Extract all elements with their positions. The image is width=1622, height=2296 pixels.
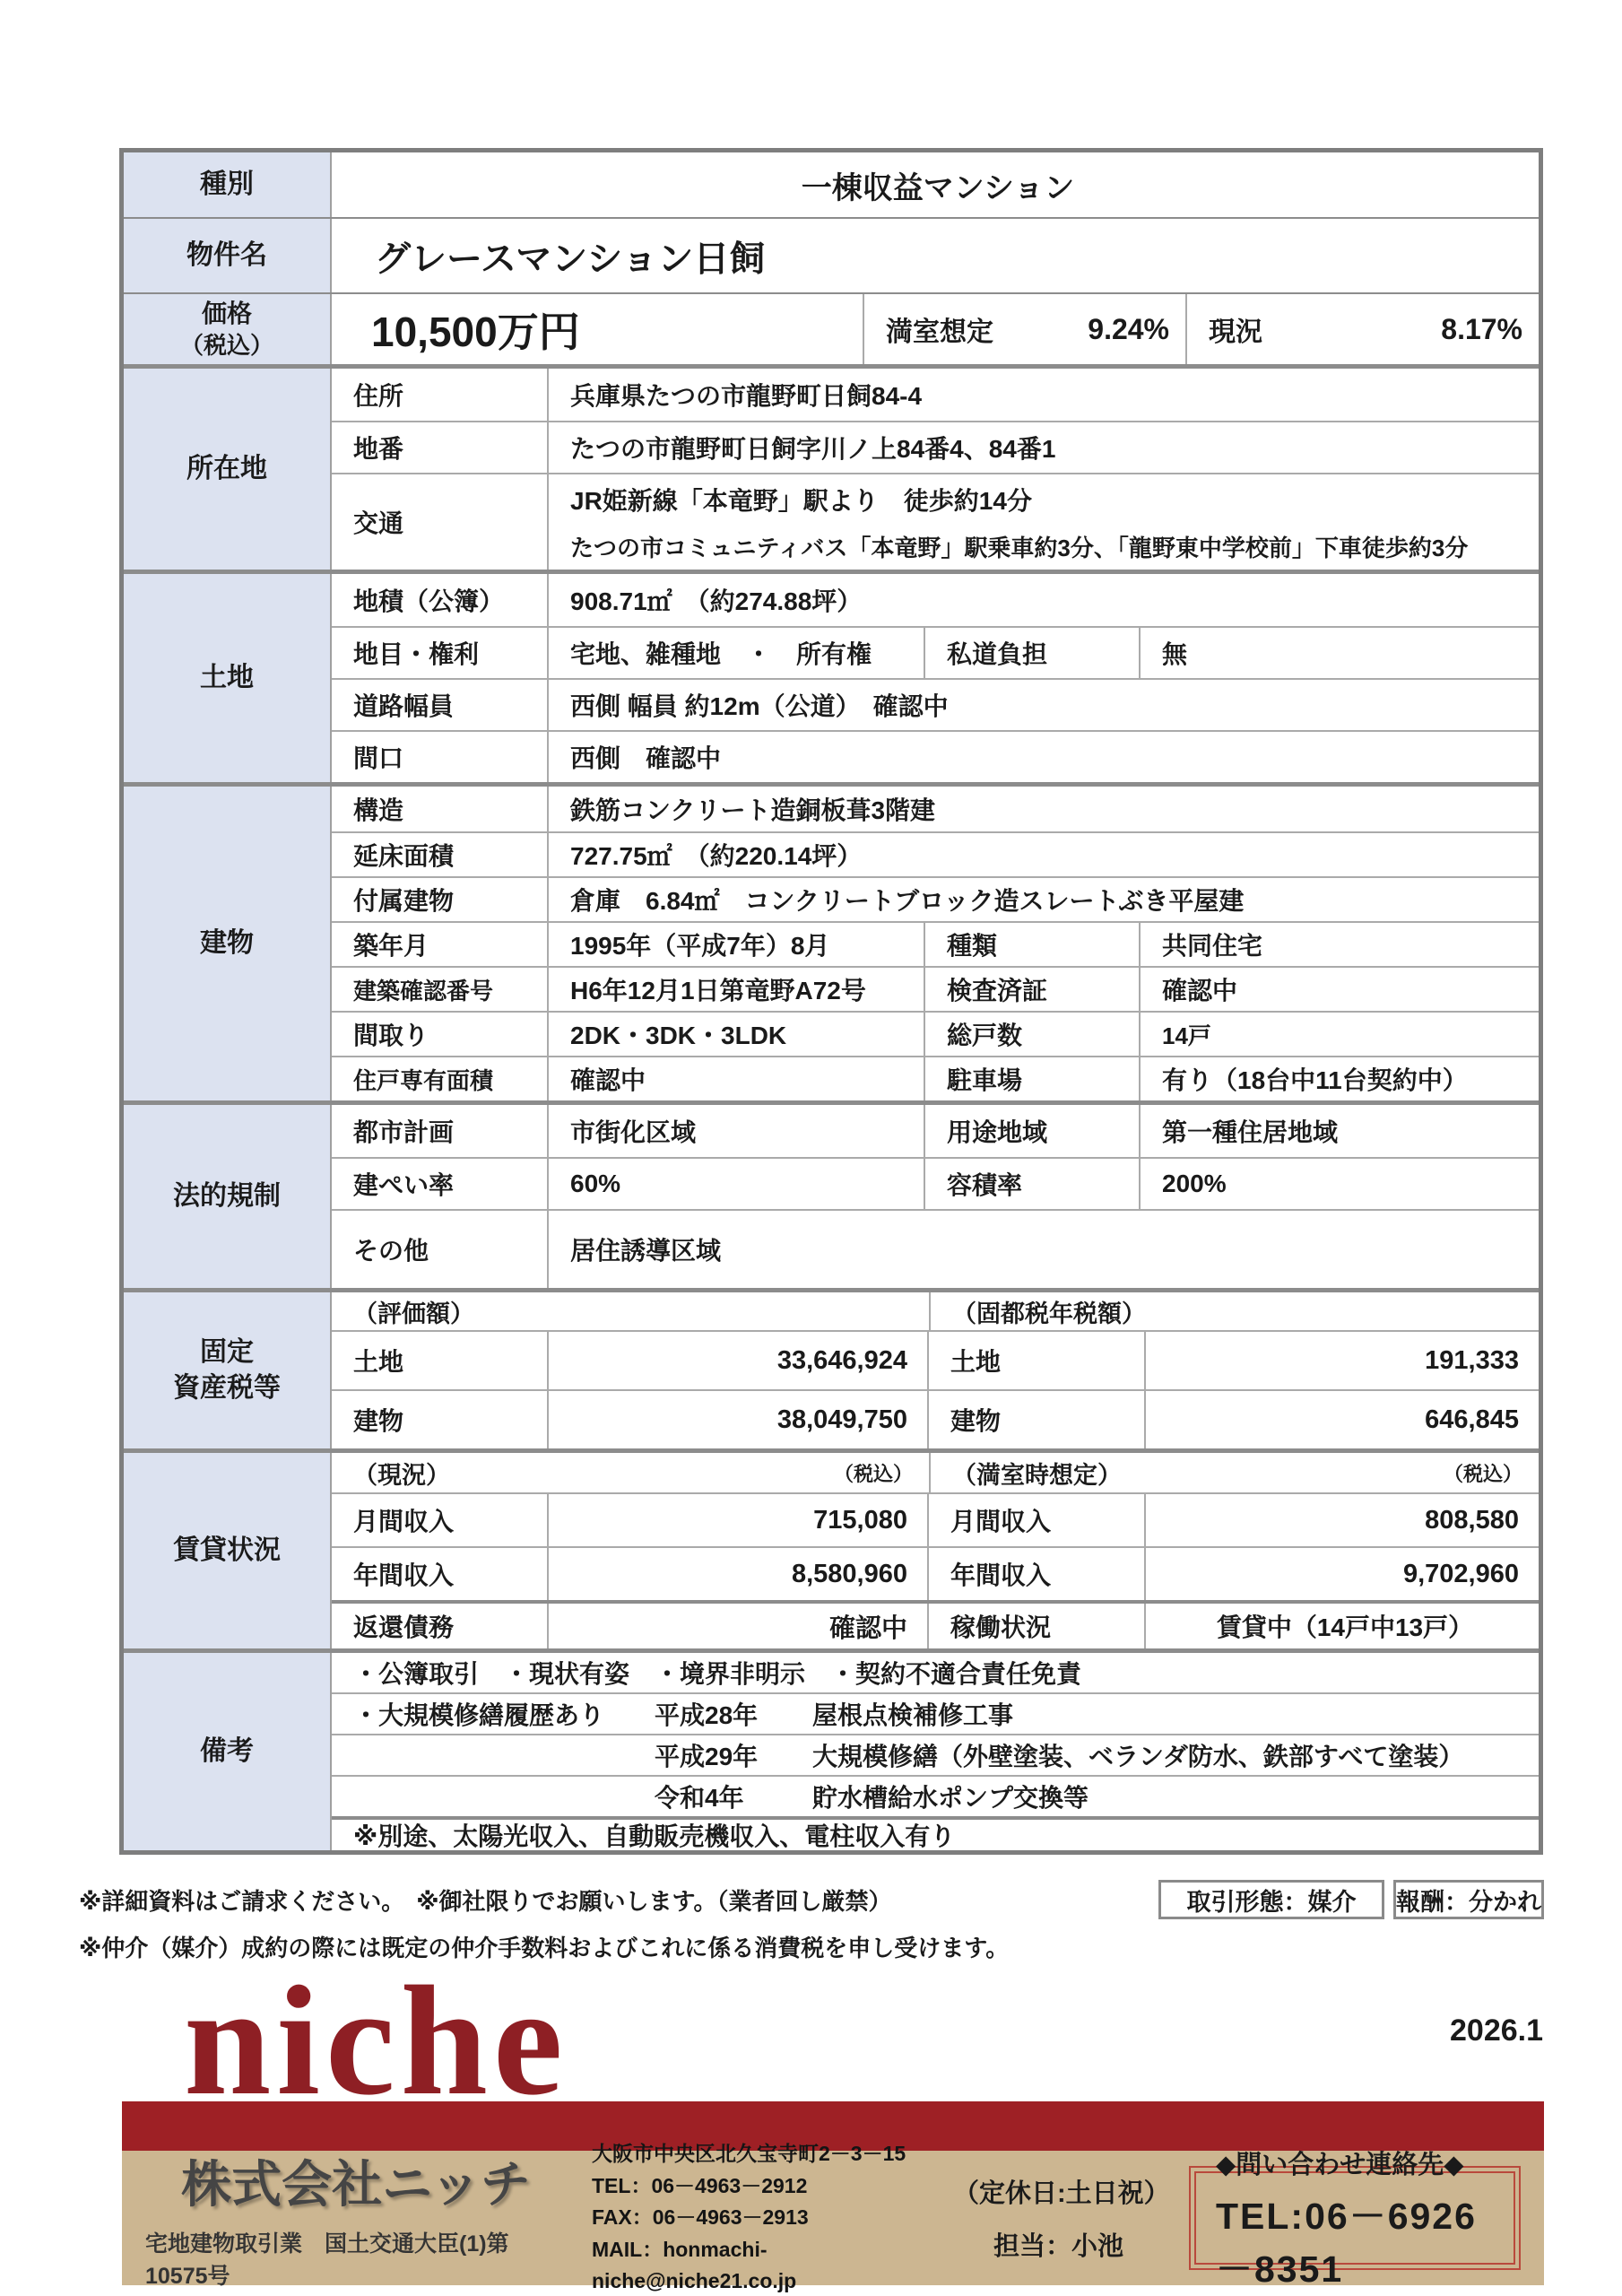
- access-line2: たつの市コミュニティバス「本竜野」駅乗車約3分、「龍野東中学校前」下車徒歩約3分: [570, 530, 1468, 563]
- property-flyer-page: 種別 一棟収益マンション 物件名 グレースマンション日飼 価格 （税込）: [0, 0, 1622, 2296]
- monthly-income-current: 715,080: [547, 1494, 927, 1546]
- company-holiday: （定休日:土日祝）: [953, 2173, 1164, 2210]
- table-row: （現況） （税込） （満室時想定） （税込）: [332, 1453, 1539, 1492]
- rent-section-label: 賃貸状況: [124, 1453, 332, 1648]
- floor-area-ratio-value: 200%: [1139, 1159, 1539, 1209]
- type-label: 種別: [124, 152, 332, 217]
- occupancy-estimate-value: 9.24%: [1088, 313, 1169, 346]
- permit-value: H6年12月1日第竜野A72号: [547, 968, 924, 1011]
- rent-current-tax-note: （税込）: [834, 1459, 913, 1487]
- access-line1: JR姫新線「本竜野」駅より 徒歩約14分: [570, 482, 1032, 517]
- table-row: 土地 33,646,924 土地 191,333: [332, 1330, 1539, 1389]
- deal-boxes: 取引形態：媒介 報酬：分かれ: [1158, 1880, 1544, 1919]
- address-label: 住所: [332, 369, 547, 421]
- section-land: 土地 地積（公簿） 908.71㎡ （約274.88坪） 地目・権利 宅地、雑種…: [124, 570, 1539, 782]
- company-license: 宅地建物取引業 国土交通大臣(1)第10575号: [145, 2226, 567, 2291]
- remarks-repair-prefix: ・大規模修繕履歴あり: [353, 1696, 655, 1732]
- remarks-line2: ・大規模修繕履歴あり 平成28年 屋根点検補修工事: [332, 1694, 1539, 1734]
- eval-building-value: 38,049,750: [547, 1391, 927, 1448]
- built-year-value: 1995年（平成7年）8月: [547, 923, 924, 966]
- inquiry-tel: TEL:06－6926－8351: [1216, 2187, 1494, 2292]
- table-row: 都市計画 市街化区域 用途地域 第一種住居地域: [332, 1105, 1539, 1157]
- inquiry-title: ◆問い合わせ連絡先◆: [1216, 2144, 1494, 2181]
- table-row: 間取り 2DK・3DK・3LDK 総戸数 14戸: [332, 1011, 1539, 1056]
- deposit-label: 返還債務: [332, 1604, 547, 1648]
- table-row: （評価額） （固都税年税額）: [332, 1292, 1539, 1330]
- table-row: 返還債務 確認中 稼働状況 賃貸中（14戸中13戸）: [332, 1600, 1539, 1648]
- footnote-row: ※詳細資料はご請求ください。 ※御社限りでお願いします。（業者回し厳禁） 取引形…: [79, 1880, 1544, 1919]
- legal-other-value: 居住誘導区域: [547, 1211, 1539, 1288]
- section-legal: 法的規制 都市計画 市街化区域 用途地域 第一種住居地域 建ぺい率 60% 容積…: [124, 1100, 1539, 1288]
- current-yield-value: 8.17%: [1441, 313, 1522, 346]
- remarks-r3-text: 貯水槽給水ポンプ交換等: [812, 1779, 1089, 1814]
- road-width-label: 道路幅員: [332, 680, 547, 730]
- section-building: 建物 構造 鉄筋コンクリート造銅板葺3階建 延床面積 727.75㎡ （約220…: [124, 782, 1539, 1100]
- layout-value: 2DK・3DK・3LDK: [547, 1013, 924, 1056]
- monthly-income-full-label: 月間収入: [927, 1494, 1144, 1546]
- table-row: 平成29年 大規模修繕（外壁塗装、ベランダ防水、鉄部すべて塗装）: [332, 1734, 1539, 1775]
- address-value: 兵庫県たつの市龍野町日飼84-4: [547, 369, 1539, 421]
- land-category-label: 地目・権利: [332, 628, 547, 678]
- eval-building-label: 建物: [332, 1391, 547, 1448]
- table-row: 構造 鉄筋コンクリート造銅板葺3階建: [332, 787, 1539, 831]
- name-label: 物件名: [124, 219, 332, 292]
- footnote-line1: ※詳細資料はご請求ください。 ※御社限りでお願いします。（業者回し厳禁）: [79, 1883, 891, 1917]
- tax-section-line1: 固定: [200, 1335, 254, 1371]
- total-units-value: 14戸: [1139, 1013, 1539, 1056]
- legal-section-label: 法的規制: [124, 1105, 332, 1288]
- section-name: 物件名 グレースマンション日飼: [124, 217, 1539, 292]
- city-plan-value: 市街化区域: [547, 1105, 924, 1157]
- rent-full-header: （満室時想定）: [952, 1456, 1122, 1491]
- section-price: 価格 （税込） 10,500万円 満室想定 9.24% 現況 8.17%: [124, 292, 1539, 364]
- table-row: グレースマンション日飼: [332, 219, 1539, 292]
- contact-person: 担当：小池: [993, 2226, 1123, 2263]
- type-value: 一棟収益マンション: [332, 152, 1539, 217]
- private-road-label: 私道負担: [924, 628, 1139, 678]
- table-row: 建ぺい率 60% 容積率 200%: [332, 1157, 1539, 1209]
- remarks-r3-year: 令和4年: [655, 1779, 812, 1814]
- table-row: ・公簿取引 ・現状有姿 ・境界非明示 ・契約不適合責任免責: [332, 1653, 1539, 1692]
- annual-building-label: 建物: [927, 1391, 1144, 1448]
- table-row: 交通 JR姫新線「本竜野」駅より 徒歩約14分 たつの市コミュニティバス「本竜野…: [332, 473, 1539, 570]
- annual-land-label: 土地: [927, 1332, 1144, 1389]
- structure-label: 構造: [332, 787, 547, 831]
- price-label-line2: （税込）: [180, 330, 273, 361]
- eval-land-value: 33,646,924: [547, 1332, 927, 1389]
- table-row: 住戸専有面積 確認中 駐車場 有り（18台中11台契約中）: [332, 1056, 1539, 1100]
- total-units-label: 総戸数: [924, 1013, 1139, 1056]
- unit-area-value: 確認中: [547, 1057, 924, 1100]
- floor-area-ratio-label: 容積率: [924, 1159, 1139, 1209]
- permit-label: 建築確認番号: [332, 968, 547, 1011]
- parking-label: 駐車場: [924, 1057, 1139, 1100]
- coverage-ratio-value: 60%: [547, 1159, 924, 1209]
- table-row: その他 居住誘導区域: [332, 1209, 1539, 1288]
- section-location: 所在地 住所 兵庫県たつの市龍野町日飼84-4 地番 たつの市龍野町日飼字川ノ上…: [124, 364, 1539, 570]
- section-remarks: 備考 ・公簿取引 ・現状有姿 ・境界非明示 ・契約不適合責任免責 ・大規模修繕履…: [124, 1648, 1539, 1850]
- rent-full-tax-note: （税込）: [1444, 1459, 1522, 1487]
- company-fax: FAX：06－4963－2913: [592, 2202, 928, 2234]
- remarks-line1: ・公簿取引 ・現状有姿 ・境界非明示 ・契約不適合責任免責: [332, 1653, 1539, 1692]
- floor-area-value: 727.75㎡ （約220.14坪）: [547, 833, 1539, 876]
- price-label-line1: 価格: [202, 297, 252, 331]
- location-section-label: 所在地: [124, 369, 332, 570]
- floor-area-label: 延床面積: [332, 833, 547, 876]
- annual-tax-header: （固都税年税額）: [929, 1292, 1539, 1330]
- issue-date: 2026.1: [1450, 2013, 1543, 2048]
- monthly-income-full: 808,580: [1144, 1494, 1539, 1546]
- tax-section-line2: 資産税等: [173, 1370, 281, 1407]
- company-block: 株式会社ニッチ 宅地建物取引業 国土交通大臣(1)第10575号: [145, 2145, 567, 2291]
- occupancy-estimate-label: 満室想定: [886, 309, 993, 349]
- remarks-section-label: 備考: [124, 1653, 332, 1850]
- annex-label: 付属建物: [332, 878, 547, 921]
- company-mail: MAIL：honmachi-niche@niche21.co.jp: [592, 2234, 928, 2296]
- zoning-label: 用途地域: [924, 1105, 1139, 1157]
- table-row: 延床面積 727.75㎡ （約220.14坪）: [332, 831, 1539, 876]
- structure-value: 鉄筋コンクリート造銅板葺3階建: [547, 787, 1539, 831]
- table-row: 地積（公簿） 908.71㎡ （約274.88坪）: [332, 574, 1539, 626]
- table-row: 築年月 1995年（平成7年）8月 種類 共同住宅: [332, 921, 1539, 966]
- current-yield-cell: 現況 8.17%: [1185, 294, 1539, 364]
- commission-box: 報酬：分かれ: [1393, 1880, 1544, 1919]
- frontage-label: 間口: [332, 732, 547, 782]
- private-road-value: 無: [1139, 628, 1539, 678]
- company-contact-block: 大阪市中央区北久宝寺町2－3－15 TEL：06－4963－2912 FAX：0…: [592, 2138, 928, 2296]
- table-row: 令和4年 貯水槽給水ポンプ交換等: [332, 1775, 1539, 1816]
- land-area-value: 908.71㎡ （約274.88坪）: [547, 574, 1539, 626]
- coverage-ratio-label: 建ぺい率: [332, 1159, 547, 1209]
- annual-land-value: 191,333: [1144, 1332, 1539, 1389]
- remarks-line3: 平成29年 大規模修繕（外壁塗装、ベランダ防水、鉄部すべて塗装）: [332, 1735, 1539, 1775]
- table-row: 一棟収益マンション: [332, 152, 1539, 217]
- frontage-value: 西側 確認中: [547, 732, 1539, 782]
- building-kind-label: 種類: [924, 923, 1139, 966]
- occupancy-status-value: 賃貸中（14戸中13戸）: [1144, 1604, 1539, 1648]
- table-row: 10,500万円 満室想定 9.24% 現況 8.17%: [332, 294, 1539, 364]
- remarks-r2-year: 平成29年: [655, 1737, 812, 1773]
- monthly-income-label: 月間収入: [332, 1494, 547, 1546]
- table-row: 建物 38,049,750 建物 646,845: [332, 1389, 1539, 1448]
- rent-full-header-cell: （満室時想定） （税込）: [929, 1453, 1539, 1492]
- company-name: 株式会社ニッチ: [181, 2145, 531, 2217]
- table-row: 付属建物 倉庫 6.84㎡ コンクリートブロック造スレートぶき平屋建: [332, 876, 1539, 921]
- table-row: 月間収入 715,080 月間収入 808,580: [332, 1492, 1539, 1546]
- table-row: ※別途、太陽光収入、自動販売機収入、電柱収入有り: [332, 1816, 1539, 1850]
- occupancy-estimate-cell: 満室想定 9.24%: [863, 294, 1185, 364]
- company-address: 大阪市中央区北久宝寺町2－3－15: [592, 2138, 928, 2170]
- evaluation-header: （評価額）: [332, 1292, 929, 1330]
- property-name: グレースマンション日飼: [332, 219, 1539, 292]
- deposit-value: 確認中: [547, 1604, 927, 1648]
- current-yield-label: 現況: [1209, 309, 1262, 349]
- lot-number-label: 地番: [332, 422, 547, 473]
- annual-income-full: 9,702,960: [1144, 1548, 1539, 1600]
- table-row: 住所 兵庫県たつの市龍野町日飼84-4: [332, 369, 1539, 421]
- rent-current-header: （現況）: [353, 1456, 450, 1491]
- price-value: 10,500万円: [332, 294, 863, 364]
- inspection-label: 検査済証: [924, 968, 1139, 1011]
- property-table: 種別 一棟収益マンション 物件名 グレースマンション日飼 価格 （税込）: [119, 148, 1543, 1855]
- remarks-r1-year: 平成28年: [655, 1696, 812, 1732]
- rent-current-header-cell: （現況） （税込）: [332, 1453, 929, 1492]
- company-tel: TEL：06－4963－2912: [592, 2170, 928, 2203]
- table-row: 道路幅員 西側 幅員 約12m（公道） 確認中: [332, 678, 1539, 730]
- occupancy-status-label: 稼働状況: [927, 1604, 1144, 1648]
- section-tax: 固定 資産税等 （評価額） （固都税年税額） 土地 33,646,924 土地 …: [124, 1288, 1539, 1448]
- layout-label: 間取り: [332, 1013, 547, 1056]
- unit-area-label: 住戸専有面積: [332, 1057, 547, 1100]
- table-row: 地番 たつの市龍野町日飼字川ノ上84番4、84番1: [332, 421, 1539, 473]
- lot-number-value: たつの市龍野町日飼字川ノ上84番4、84番1: [547, 422, 1539, 473]
- niche-logo: niche: [184, 1962, 568, 2119]
- built-year-label: 築年月: [332, 923, 547, 966]
- holiday-block: （定休日:土日祝） 担当：小池: [953, 2173, 1164, 2263]
- remarks-r1-text: 屋根点検補修工事: [812, 1696, 1013, 1732]
- table-row: 年間収入 8,580,960 年間収入 9,702,960: [332, 1546, 1539, 1600]
- deal-type-box: 取引形態：媒介: [1158, 1880, 1384, 1919]
- land-area-label: 地積（公簿）: [332, 574, 547, 626]
- remarks-line5: ※別途、太陽光収入、自動販売機収入、電柱収入有り: [332, 1820, 1539, 1850]
- city-plan-label: 都市計画: [332, 1105, 547, 1157]
- inquiry-box: ◆問い合わせ連絡先◆ TEL:06－6926－8351: [1189, 2166, 1521, 2270]
- annual-income-current: 8,580,960: [547, 1548, 927, 1600]
- access-label: 交通: [332, 474, 547, 570]
- building-kind-value: 共同住宅: [1139, 923, 1539, 966]
- inquiry-box-inner: ◆問い合わせ連絡先◆ TEL:06－6926－8351: [1194, 2171, 1515, 2265]
- table-row: 地目・権利 宅地、雑種地 ・ 所有権 私道負担 無: [332, 626, 1539, 678]
- land-category-value: 宅地、雑種地 ・ 所有権: [547, 628, 924, 678]
- building-section-label: 建物: [124, 787, 332, 1100]
- remarks-line4: 令和4年 貯水槽給水ポンプ交換等: [332, 1777, 1539, 1816]
- parking-value: 有り（18台中11台契約中）: [1139, 1057, 1539, 1100]
- price-label: 価格 （税込）: [124, 294, 332, 364]
- table-row: ・大規模修繕履歴あり 平成28年 屋根点検補修工事: [332, 1692, 1539, 1734]
- inspection-value: 確認中: [1139, 968, 1539, 1011]
- remarks-r2-text: 大規模修繕（外壁塗装、ベランダ防水、鉄部すべて塗装）: [812, 1737, 1463, 1773]
- table-row: 間口 西側 確認中: [332, 730, 1539, 782]
- zoning-value: 第一種住居地域: [1139, 1105, 1539, 1157]
- annual-income-full-label: 年間収入: [927, 1548, 1144, 1600]
- section-type: 種別 一棟収益マンション: [124, 152, 1539, 217]
- annex-value: 倉庫 6.84㎡ コンクリートブロック造スレートぶき平屋建: [547, 878, 1539, 921]
- annual-building-value: 646,845: [1144, 1391, 1539, 1448]
- legal-other-label: その他: [332, 1211, 547, 1288]
- eval-land-label: 土地: [332, 1332, 547, 1389]
- road-width-value: 西側 幅員 約12m（公道） 確認中: [547, 680, 1539, 730]
- tax-section-label: 固定 資産税等: [124, 1292, 332, 1448]
- land-section-label: 土地: [124, 574, 332, 782]
- table-row: 建築確認番号 H6年12月1日第竜野A72号 検査済証 確認中: [332, 966, 1539, 1011]
- section-rent: 賃貸状況 （現況） （税込） （満室時想定） （税込） 月間収入 715,080…: [124, 1448, 1539, 1648]
- footer-company-band: 株式会社ニッチ 宅地建物取引業 国土交通大臣(1)第10575号 大阪市中央区北…: [122, 2151, 1544, 2285]
- annual-income-label: 年間収入: [332, 1548, 547, 1600]
